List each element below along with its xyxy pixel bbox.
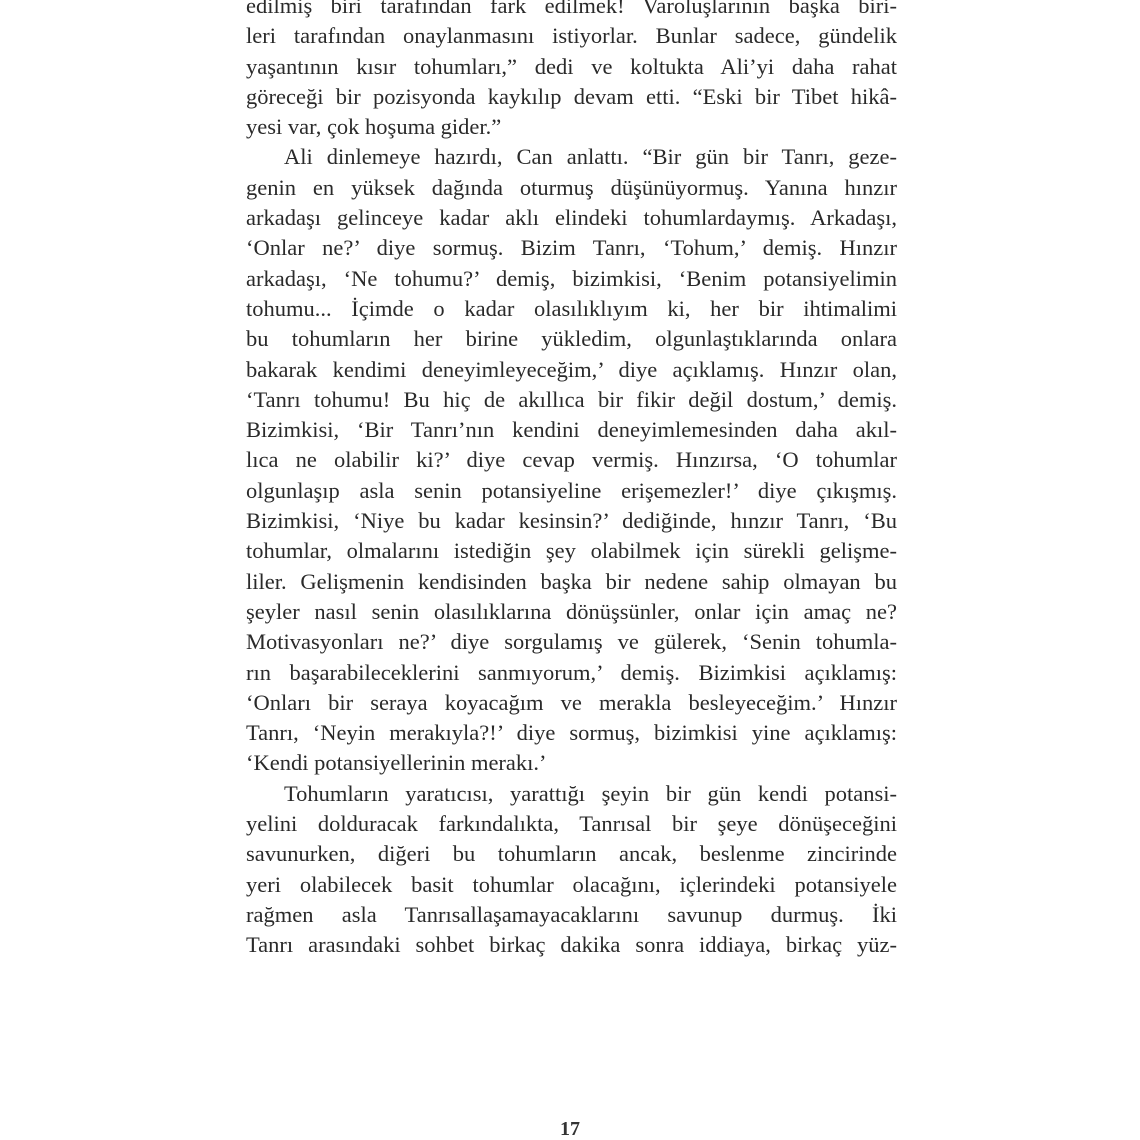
- book-page-text: edilmiş biri tarafından fark edilmek! Va…: [246, 0, 897, 961]
- text-line: ‘Kendi potansiyellerinin merakı.’: [246, 748, 897, 778]
- text-line: genin en yüksek dağında oturmuş düşünüyo…: [246, 173, 897, 203]
- text-line: Bizimkisi, ‘Niye bu kadar kesinsin?’ ded…: [246, 506, 897, 536]
- text-line: Tohumların yaratıcısı, yarattığı şeyin b…: [246, 779, 897, 809]
- paragraph-1: edilmiş biri tarafından fark edilmek! Va…: [246, 0, 897, 142]
- text-line: bu tohumların her birine yükledim, olgun…: [246, 324, 897, 354]
- text-line: ‘Onları bir seraya koyacağım ve merakla …: [246, 688, 897, 718]
- paragraph-2: Ali dinlemeye hazırdı, Can anlattı. “Bir…: [246, 142, 897, 778]
- text-line: Motivasyonları ne?’ diye sorgulamış ve g…: [246, 627, 897, 657]
- text-line: rağmen asla Tanrısallaşamayacaklarını sa…: [246, 900, 897, 930]
- text-line: liler. Gelişmenin kendisinden başka bir …: [246, 567, 897, 597]
- text-line: yaşantının kısır tohumları,” dedi ve kol…: [246, 52, 897, 82]
- text-line: Bizimkisi, ‘Bir Tanrı’nın kendini deneyi…: [246, 415, 897, 445]
- text-line: yesi var, çok hoşuma gider.”: [246, 112, 897, 142]
- text-line: ‘Tanrı tohumu! Bu hiç de akıllıca bir fi…: [246, 385, 897, 415]
- text-line: göreceği bir pozisyonda kaykılıp devam e…: [246, 82, 897, 112]
- text-line: ‘Onlar ne?’ diye sormuş. Bizim Tanrı, ‘T…: [246, 233, 897, 263]
- text-line: bakarak kendimi deneyimleyeceğim,’ diye …: [246, 355, 897, 385]
- paragraph-3: Tohumların yaratıcısı, yarattığı şeyin b…: [246, 779, 897, 961]
- page-number: 17: [0, 1118, 1140, 1140]
- text-line: yelini dolduracak farkındalıkta, Tanrısa…: [246, 809, 897, 839]
- text-line: tohumu... İçimde o kadar olasılıklıyım k…: [246, 294, 897, 324]
- text-line: edilmiş biri tarafından fark edilmek! Va…: [246, 0, 897, 21]
- text-line: şeyler nasıl senin olasılıklarına dönüşs…: [246, 597, 897, 627]
- text-line: lıca ne olabilir ki?’ diye cevap vermiş.…: [246, 445, 897, 475]
- text-line: arkadaşı, ‘Ne tohumu?’ demiş, bizimkisi,…: [246, 264, 897, 294]
- text-line: savunurken, diğeri bu tohumların ancak, …: [246, 839, 897, 869]
- text-line: yeri olabilecek basit tohumlar olacağını…: [246, 870, 897, 900]
- text-line: tohumlar, olmalarını istediğin şey olabi…: [246, 536, 897, 566]
- text-line: Ali dinlemeye hazırdı, Can anlattı. “Bir…: [246, 142, 897, 172]
- text-line: Tanrı arasındaki sohbet birkaç dakika so…: [246, 930, 897, 960]
- text-line: arkadaşı gelinceye kadar aklı elindeki t…: [246, 203, 897, 233]
- text-line: leri tarafından onaylanmasını istiyorlar…: [246, 21, 897, 51]
- text-line: olgunlaşıp asla senin potansiyeline eriş…: [246, 476, 897, 506]
- text-line: Tanrı, ‘Neyin merakıyla?!’ diye sormuş, …: [246, 718, 897, 748]
- text-line: rın başarabileceklerini sanmıyorum,’ dem…: [246, 658, 897, 688]
